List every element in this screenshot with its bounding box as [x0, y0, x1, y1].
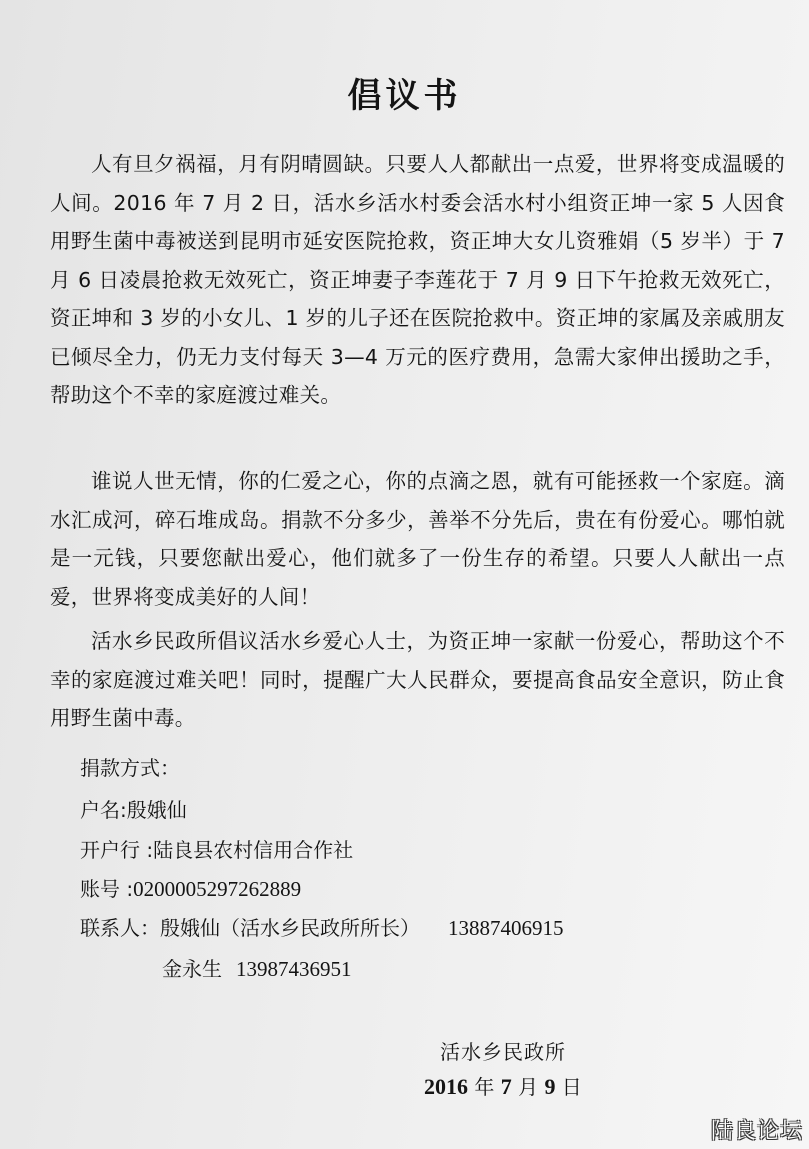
donation-method-label: 捐款方式： — [80, 752, 180, 781]
bank-label: 开户行 : — [80, 838, 153, 862]
account-number-label: 账号 : — [80, 877, 133, 901]
contact-name: 殷娥仙（活水乡民政所所长） — [160, 916, 420, 940]
forum-watermark: 陆良论坛 — [711, 1114, 803, 1145]
contact-label: 联系人： — [80, 916, 160, 940]
contact-phone: 13887406915 — [448, 916, 564, 941]
account-number-row: 账号 :0200005297262889 — [80, 873, 301, 902]
signature-date: 2016 年 7 月 9 日 — [424, 1071, 582, 1100]
bank-value: 陆良县农村信用合作社 — [153, 838, 353, 862]
signature-organization: 活水乡民政所 — [440, 1036, 566, 1065]
date-month-unit: 月 — [512, 1075, 545, 1099]
account-name-label: 户名: — [80, 798, 127, 822]
date-year-unit: 年 — [468, 1075, 501, 1099]
document-title: 倡议书 — [0, 68, 809, 117]
date-year: 2016 — [424, 1074, 468, 1099]
account-name-row: 户名:殷娥仙 — [80, 794, 187, 823]
contact-row-1: 联系人：殷娥仙（活水乡民政所所长）13887406915 — [80, 912, 564, 941]
paragraph-incident: 人有旦夕祸福，月有阴晴圆缺。只要人人都献出一点爱，世界将变成温暖的人间。2016… — [50, 145, 785, 415]
paragraph-appeal: 谁说人世无情，你的仁爱之心，你的点滴之恩，就有可能拯救一个家庭。滴水汇成河，碎石… — [50, 462, 785, 616]
date-day-unit: 日 — [555, 1075, 581, 1099]
paragraph-initiative: 活水乡民政所倡议活水乡爱心人士，为资正坤一家献一份爱心，帮助这个不幸的家庭渡过难… — [50, 622, 785, 738]
account-number-value: 0200005297262889 — [133, 877, 301, 901]
bank-row: 开户行 :陆良县农村信用合作社 — [80, 834, 353, 863]
account-name-value: 殷娥仙 — [127, 798, 187, 822]
date-day: 9 — [544, 1074, 555, 1099]
date-month: 7 — [501, 1074, 512, 1099]
contact-row-2: 金永生13987436951 — [162, 953, 352, 982]
contact-phone: 13987436951 — [236, 957, 352, 982]
contact-name: 金永生 — [162, 957, 222, 981]
